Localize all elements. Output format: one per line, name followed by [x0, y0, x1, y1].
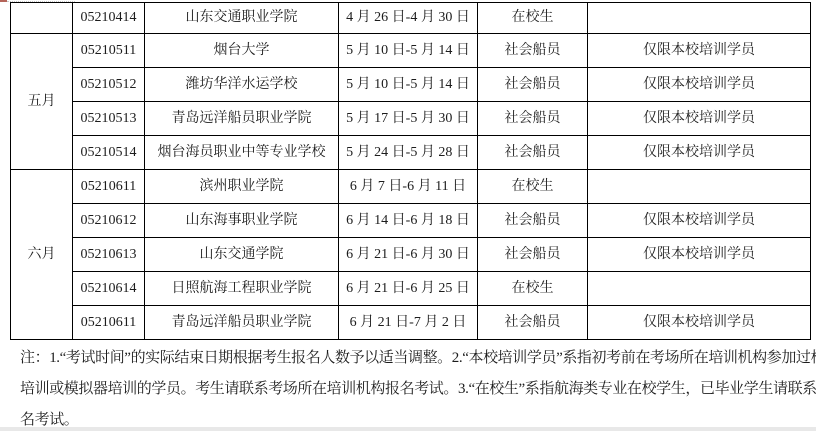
page-bottom-edge — [0, 427, 816, 431]
remark-cell — [588, 170, 811, 204]
table-row: 05210611 青岛远洋船员职业学院 6 月 21 日-7 月 2 日 社会船… — [11, 306, 811, 340]
exam-code-cell: 05210511 — [73, 34, 145, 68]
exam-code-cell: 05210613 — [73, 238, 145, 272]
remark-cell: 仅限本校培训学员 — [588, 68, 811, 102]
month-cell-empty — [11, 3, 73, 34]
student-type-cell: 社会船员 — [478, 34, 588, 68]
remark-cell: 仅限本校培训学员 — [588, 34, 811, 68]
school-cell: 烟台海员职业中等专业学校 — [145, 136, 339, 170]
exam-code-cell: 05210414 — [73, 3, 145, 34]
date-cell: 6 月 21 日-7 月 2 日 — [339, 306, 478, 340]
school-cell: 青岛远洋船员职业学院 — [145, 306, 339, 340]
remark-cell: 仅限本校培训学员 — [588, 102, 811, 136]
exam-schedule-table: 05210414 山东交通职业学院 4 月 26 日-4 月 30 日 在校生 … — [10, 2, 811, 340]
document-page: 05210414 山东交通职业学院 4 月 26 日-4 月 30 日 在校生 … — [0, 0, 816, 431]
school-cell: 山东交通学院 — [145, 238, 339, 272]
table-row: 05210613 山东交通学院 6 月 21 日-6 月 30 日 社会船员 仅… — [11, 238, 811, 272]
school-cell: 青岛远洋船员职业学院 — [145, 102, 339, 136]
table-row: 05210513 青岛远洋船员职业学院 5 月 17 日-5 月 30 日 社会… — [11, 102, 811, 136]
remark-cell: 仅限本校培训学员 — [588, 306, 811, 340]
student-type-cell: 社会船员 — [478, 68, 588, 102]
table-row: 05210614 日照航海工程职业学院 6 月 21 日-6 月 25 日 在校… — [11, 272, 811, 306]
exam-code-cell: 05210612 — [73, 204, 145, 238]
remark-cell: 仅限本校培训学员 — [588, 136, 811, 170]
school-cell: 山东交通职业学院 — [145, 3, 339, 34]
table-row: 五月 05210511 烟台大学 5 月 10 日-5 月 14 日 社会船员 … — [11, 34, 811, 68]
date-cell: 5 月 17 日-5 月 30 日 — [339, 102, 478, 136]
student-type-cell: 社会船员 — [478, 238, 588, 272]
date-cell: 5 月 10 日-5 月 14 日 — [339, 68, 478, 102]
date-cell: 6 月 7 日-6 月 11 日 — [339, 170, 478, 204]
student-type-cell: 社会船员 — [478, 306, 588, 340]
footnote-line: 培训或模拟器培训的学员。考生请联系考场所在培训机构报名考试。3.“在校生”系指航… — [11, 374, 811, 405]
footnotes: 注：1.“考试时间”的实际结束日期根据考生报名人数予以适当调整。2.“本校培训学… — [11, 343, 811, 431]
remark-cell: 仅限本校培训学员 — [588, 238, 811, 272]
date-cell: 6 月 14 日-6 月 18 日 — [339, 204, 478, 238]
school-cell: 潍坊华洋水运学校 — [145, 68, 339, 102]
table-row: 05210414 山东交通职业学院 4 月 26 日-4 月 30 日 在校生 — [11, 3, 811, 34]
school-cell: 山东海事职业学院 — [145, 204, 339, 238]
student-type-cell: 社会船员 — [478, 102, 588, 136]
school-cell: 日照航海工程职业学院 — [145, 272, 339, 306]
school-cell: 烟台大学 — [145, 34, 339, 68]
student-type-cell: 社会船员 — [478, 136, 588, 170]
month-cell-may: 五月 — [11, 34, 73, 170]
student-type-cell: 在校生 — [478, 272, 588, 306]
table-row: 六月 05210611 滨州职业学院 6 月 7 日-6 月 11 日 在校生 — [11, 170, 811, 204]
table-row: 05210612 山东海事职业学院 6 月 14 日-6 月 18 日 社会船员… — [11, 204, 811, 238]
exam-code-cell: 05210514 — [73, 136, 145, 170]
exam-code-cell: 05210512 — [73, 68, 145, 102]
date-cell: 5 月 24 日-5 月 28 日 — [339, 136, 478, 170]
table-row: 05210514 烟台海员职业中等专业学校 5 月 24 日-5 月 28 日 … — [11, 136, 811, 170]
date-cell: 4 月 26 日-4 月 30 日 — [339, 3, 478, 34]
student-type-cell: 在校生 — [478, 170, 588, 204]
table-row: 05210512 潍坊华洋水运学校 5 月 10 日-5 月 14 日 社会船员… — [11, 68, 811, 102]
remark-cell: 仅限本校培训学员 — [588, 204, 811, 238]
student-type-cell: 社会船员 — [478, 204, 588, 238]
date-cell: 6 月 21 日-6 月 30 日 — [339, 238, 478, 272]
remark-cell — [588, 272, 811, 306]
school-cell: 滨州职业学院 — [145, 170, 339, 204]
exam-code-cell: 05210611 — [73, 170, 145, 204]
exam-code-cell: 05210614 — [73, 272, 145, 306]
page-edge-red-artifact — [0, 0, 7, 2]
remark-cell — [588, 3, 811, 34]
student-type-cell: 在校生 — [478, 3, 588, 34]
exam-code-cell: 05210611 — [73, 306, 145, 340]
date-cell: 5 月 10 日-5 月 14 日 — [339, 34, 478, 68]
date-cell: 6 月 21 日-6 月 25 日 — [339, 272, 478, 306]
footnote-line: 注：1.“考试时间”的实际结束日期根据考生报名人数予以适当调整。2.“本校培训学… — [11, 343, 811, 374]
month-cell-june: 六月 — [11, 170, 73, 340]
exam-code-cell: 05210513 — [73, 102, 145, 136]
